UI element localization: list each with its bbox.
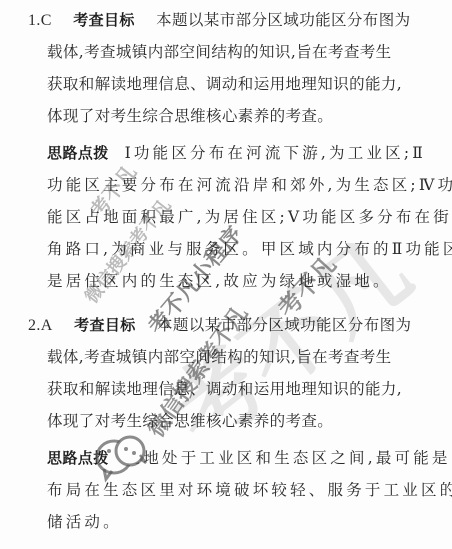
answer-2-target-line-1: 2.A 考查目标 本题以某市部分区域功能区分布图为 bbox=[28, 315, 411, 336]
answer-2-hint-text-1: 乙地处于工业区和生态区之间,最可能是 bbox=[125, 449, 451, 467]
document-page: 考不凡 1.C 考查目标 本题以某市部分区域功能区分布图为 载体,考查城镇内部空… bbox=[0, 0, 452, 549]
answer-1-hint-label: 思路点拨 bbox=[47, 144, 109, 162]
answer-1-number: 1.C bbox=[28, 12, 52, 29]
answer-1-target-line-4: 体现了对考生综合思维核心素养的考查。 bbox=[47, 106, 333, 126]
answer-1-hint-line-3: 能区占地面积最广,为居住区;Ⅴ功能区多分布在街 bbox=[47, 207, 452, 227]
answer-2-hint-line-3: 储活动。 bbox=[47, 512, 122, 532]
answer-1-hint-line-4: 角路口,为商业与服务区。甲区域内分布的Ⅱ功能区 bbox=[47, 239, 452, 259]
answer-1-target-label: 考查目标 bbox=[73, 11, 135, 29]
answer-1-hint-line-1: 思路点拨 Ⅰ功能区分布在河流下游,为工业区;Ⅱ bbox=[47, 143, 426, 163]
answer-1-hint-line-5: 是居住区内的生态区,故应为绿地或湿地。 bbox=[47, 271, 392, 291]
answer-2-target-line-4: 体现了对考生综合思维核心素养的考查。 bbox=[47, 411, 333, 431]
answer-1-hint-line-2: 功能区主要分布在河流沿岸和郊外,为生态区;Ⅳ功 bbox=[47, 175, 452, 195]
answer-2-target-line-2: 载体,考查城镇内部空间结构的知识,旨在考查考生 bbox=[47, 347, 392, 367]
answer-2-hint-line-1: 思路点拨 乙地处于工业区和生态区之间,最可能是 bbox=[47, 448, 451, 468]
answer-2-hint-label: 思路点拨 bbox=[47, 449, 109, 467]
answer-2-number: 2.A bbox=[28, 317, 53, 334]
answer-1-target-text-1: 本题以某市部分区域功能区分布图为 bbox=[156, 11, 410, 29]
answer-2-target-line-3: 获取和解读地理信息、调动和运用地理知识的能力, bbox=[47, 379, 402, 399]
answer-1-target-line-1: 1.C 考查目标 本题以某市部分区域功能区分布图为 bbox=[28, 10, 411, 31]
answer-1-target-line-3: 获取和解读地理信息、调动和运用地理知识的能力, bbox=[47, 74, 402, 94]
answer-1-target-line-2: 载体,考查城镇内部空间结构的知识,旨在考查考生 bbox=[47, 42, 392, 62]
answer-2-hint-line-2: 布局在生态区里对环境破坏较轻、服务于工业区的仓 bbox=[47, 480, 452, 500]
answer-2-target-text-1: 本题以某市部分区域功能区分布图为 bbox=[157, 316, 411, 334]
answer-2-target-label: 考查目标 bbox=[74, 316, 136, 334]
answer-1-hint-text-1: Ⅰ功能区分布在河流下游,为工业区;Ⅱ bbox=[125, 144, 426, 162]
